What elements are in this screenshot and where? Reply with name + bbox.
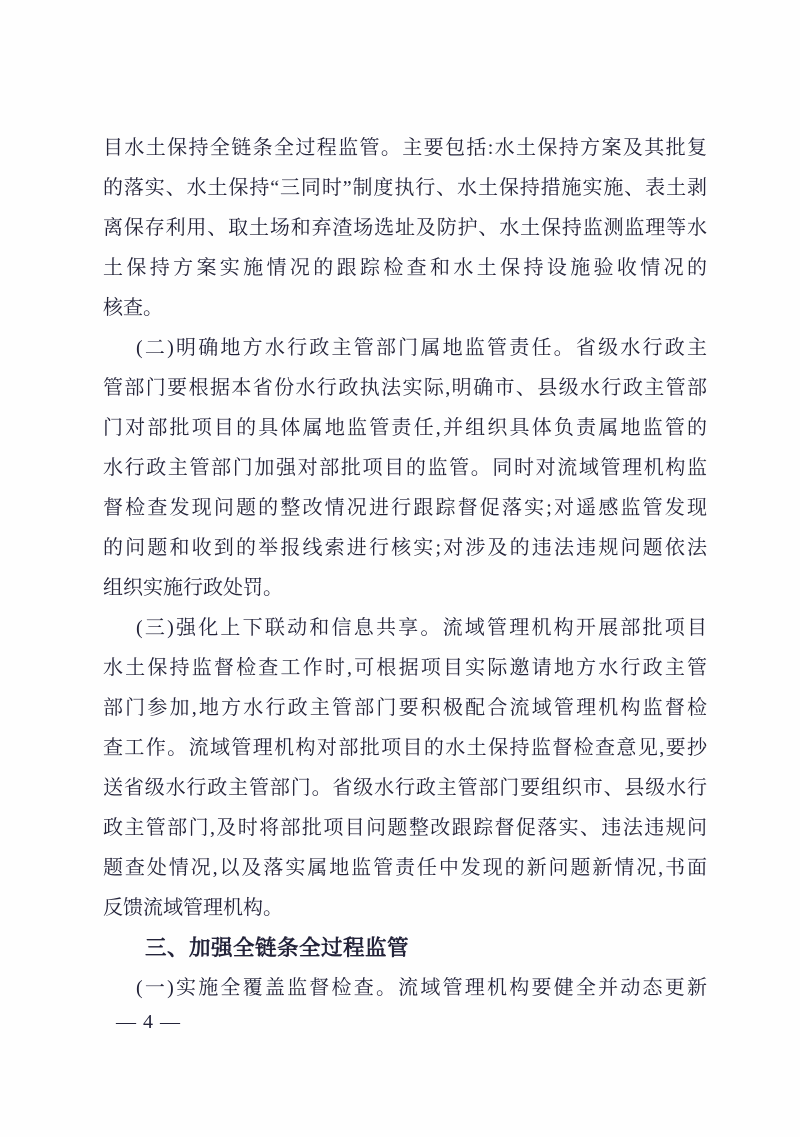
text-line: 的问题和收到的举报线索进行核实;对涉及的违法违规问题依法: [103, 528, 707, 568]
text-line: 门对部批项目的具体属地监管责任,并组织具体负责属地监管的: [103, 408, 707, 448]
text-line: 离保存利用、取土场和弃渣场选址及防护、水土保持监测监理等水: [103, 208, 707, 248]
text-line: 管部门要根据本省份水行政执法实际,明确市、县级水行政主管部: [103, 368, 707, 408]
text-line: (三)强化上下联动和信息共享。流域管理机构开展部批项目: [103, 608, 707, 648]
text-line: 反馈流域管理机构。: [103, 888, 707, 928]
document-page: 目水土保持全链条全过程监管。主要包括:水土保持方案及其批复的落实、水土保持“三同…: [0, 0, 800, 1137]
text-line: 送省级水行政主管部门。省级水行政主管部门要组织市、县级水行: [103, 768, 707, 808]
page-number: — 4 —: [116, 1003, 181, 1041]
text-line: 查工作。流域管理机构对部批项目的水土保持监督检查意见,要抄: [103, 728, 707, 768]
text-line: 组织实施行政处罚。: [103, 568, 707, 608]
text-line: 水行政主管部门加强对部批项目的监管。同时对流域管理机构监: [103, 448, 707, 488]
section-heading: 三、加强全链条全过程监管: [103, 928, 707, 968]
text-line: 目水土保持全链条全过程监管。主要包括:水土保持方案及其批复: [103, 128, 707, 168]
text-line: 督检查发现问题的整改情况进行跟踪督促落实;对遥感监管发现: [103, 488, 707, 528]
text-line: 水土保持监督检查工作时,可根据项目实际邀请地方水行政主管: [103, 648, 707, 688]
text-line: 题查处情况,以及落实属地监管责任中发现的新问题新情况,书面: [103, 848, 707, 888]
text-line: (二)明确地方水行政主管部门属地监管责任。省级水行政主: [103, 328, 707, 368]
text-line: 政主管部门,及时将部批项目问题整改跟踪督促落实、违法违规问: [103, 808, 707, 848]
text-line: 的落实、水土保持“三同时”制度执行、水土保持措施实施、表土剥: [103, 168, 707, 208]
text-line: 核查。: [103, 288, 707, 328]
document-body: 目水土保持全链条全过程监管。主要包括:水土保持方案及其批复的落实、水土保持“三同…: [103, 128, 707, 1008]
text-line: 部门参加,地方水行政主管部门要积极配合流域管理机构监督检: [103, 688, 707, 728]
text-line: (一)实施全覆盖监督检查。流域管理机构要健全并动态更新: [103, 968, 707, 1008]
text-line: 土保持方案实施情况的跟踪检查和水土保持设施验收情况的: [103, 248, 707, 288]
